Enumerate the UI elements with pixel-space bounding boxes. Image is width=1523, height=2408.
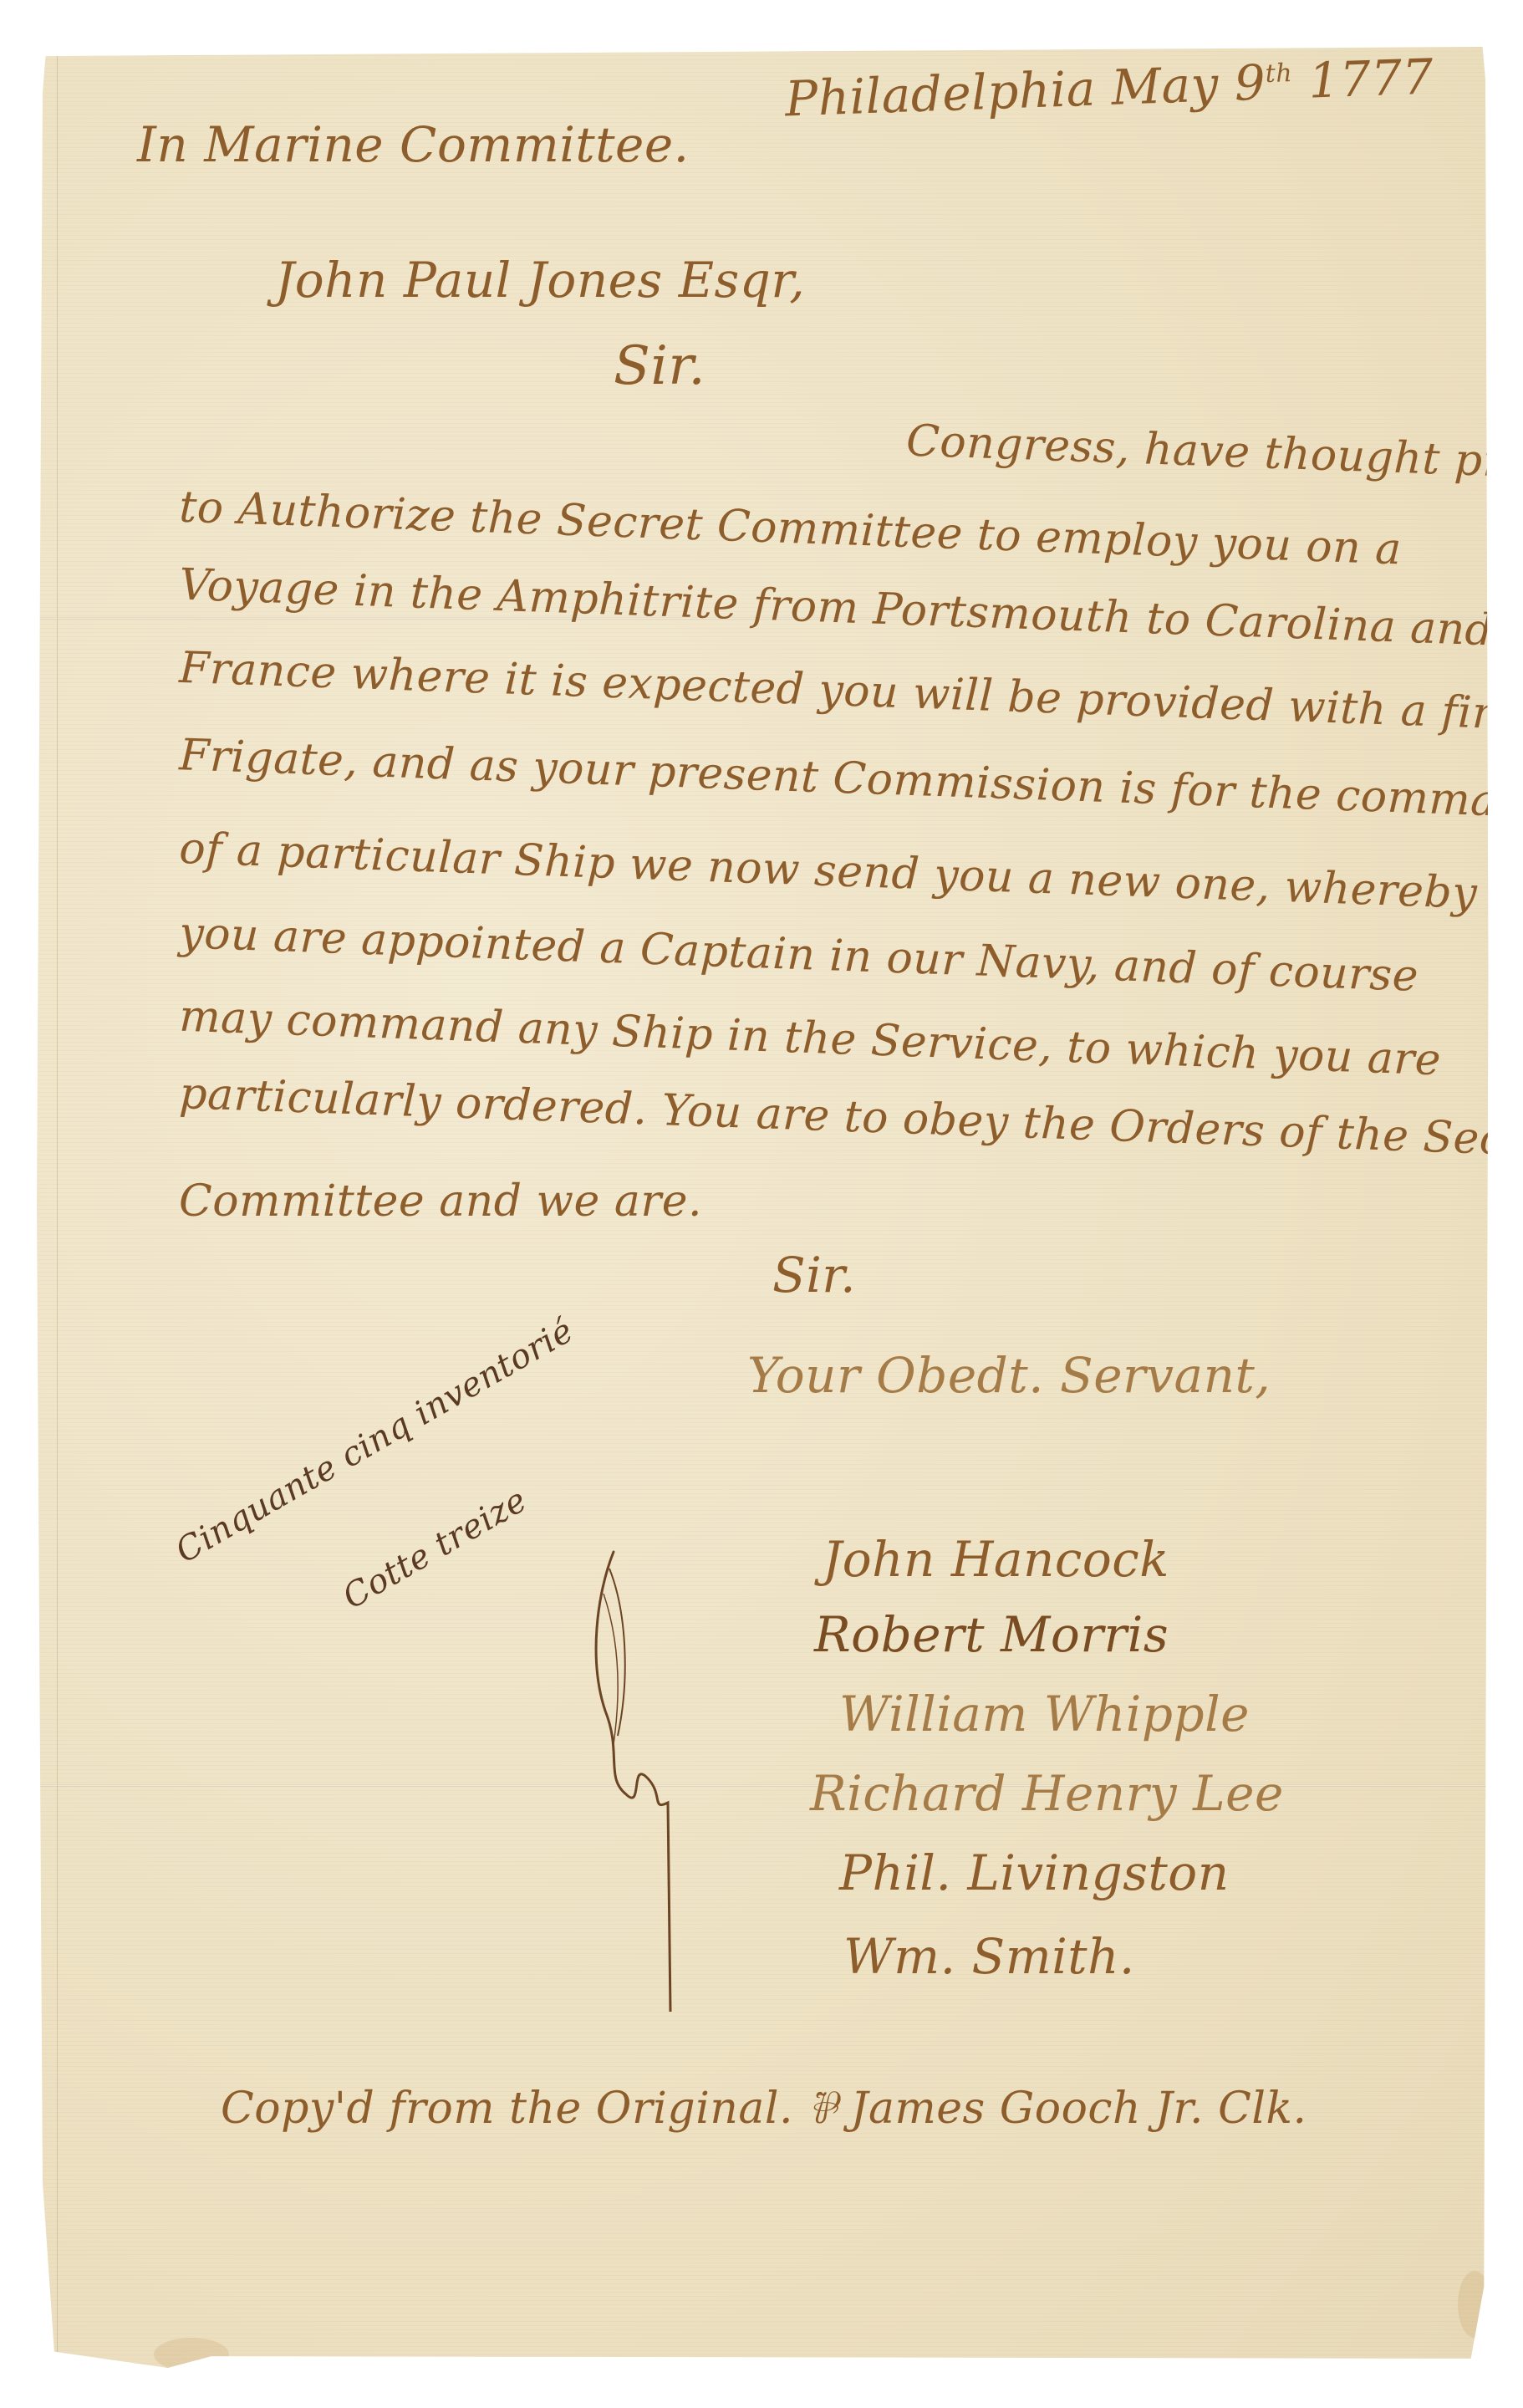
marginal-annotation-line1: Cinquante cinq inventorié (171, 1314, 578, 1569)
body-line: particularly ordered. You are to obey th… (179, 1072, 1523, 1164)
valediction: Your Obedt. Servant, (747, 1351, 1271, 1400)
copy-attestation: Copy'd from the Original. ⅌ James Gooch … (221, 2087, 1307, 2130)
signature: John Hancock (823, 1535, 1169, 1584)
date-superscript: th (1265, 59, 1293, 89)
marginal-annotation-line2: Cotte treize (338, 1483, 532, 1615)
body-line: you are appointed a Captain in our Navy,… (179, 911, 1419, 998)
paper-stain (1458, 2271, 1491, 2338)
body-line: may command any Ship in the Service, to … (179, 995, 1442, 1083)
margin-crease (57, 47, 58, 2368)
signature: Richard Henry Lee (810, 1769, 1284, 1818)
body-line: of a particular Ship we now send you a n… (179, 827, 1479, 916)
signature: Robert Morris (814, 1610, 1169, 1659)
body-line: Committee and we are. (179, 1180, 702, 1223)
signature: William Whipple (839, 1690, 1250, 1738)
body-line: to Authorize the Secret Committee to emp… (179, 485, 1403, 571)
addressee: John Paul Jones Esqr, (275, 256, 805, 304)
closing-salutation: Sir. (772, 1251, 856, 1299)
signature: Wm. Smith. (843, 1932, 1135, 1981)
committee-heading: In Marine Committee. (137, 120, 690, 169)
body-line: France where it is expected you will be … (179, 646, 1523, 737)
place-date-text: Philadelphia May 9 (784, 54, 1266, 127)
signature: Phil. Livingston (839, 1849, 1230, 1897)
place-date: Philadelphia May 9th 1777 (784, 52, 1434, 123)
body-line: Voyage in the Amphitrite from Portsmouth… (179, 564, 1495, 653)
letter-page: In Marine Committee. Philadelphia May 9t… (37, 47, 1491, 2368)
date-year: 1777 (1307, 48, 1434, 109)
body-line: Congress, have thought proper (905, 419, 1523, 487)
paraph-flourish-icon (580, 1543, 680, 2012)
paper-stain (154, 2338, 229, 2371)
salutation: Sir. (614, 339, 705, 393)
body-line: Frigate, and as your present Commission … (179, 733, 1523, 824)
